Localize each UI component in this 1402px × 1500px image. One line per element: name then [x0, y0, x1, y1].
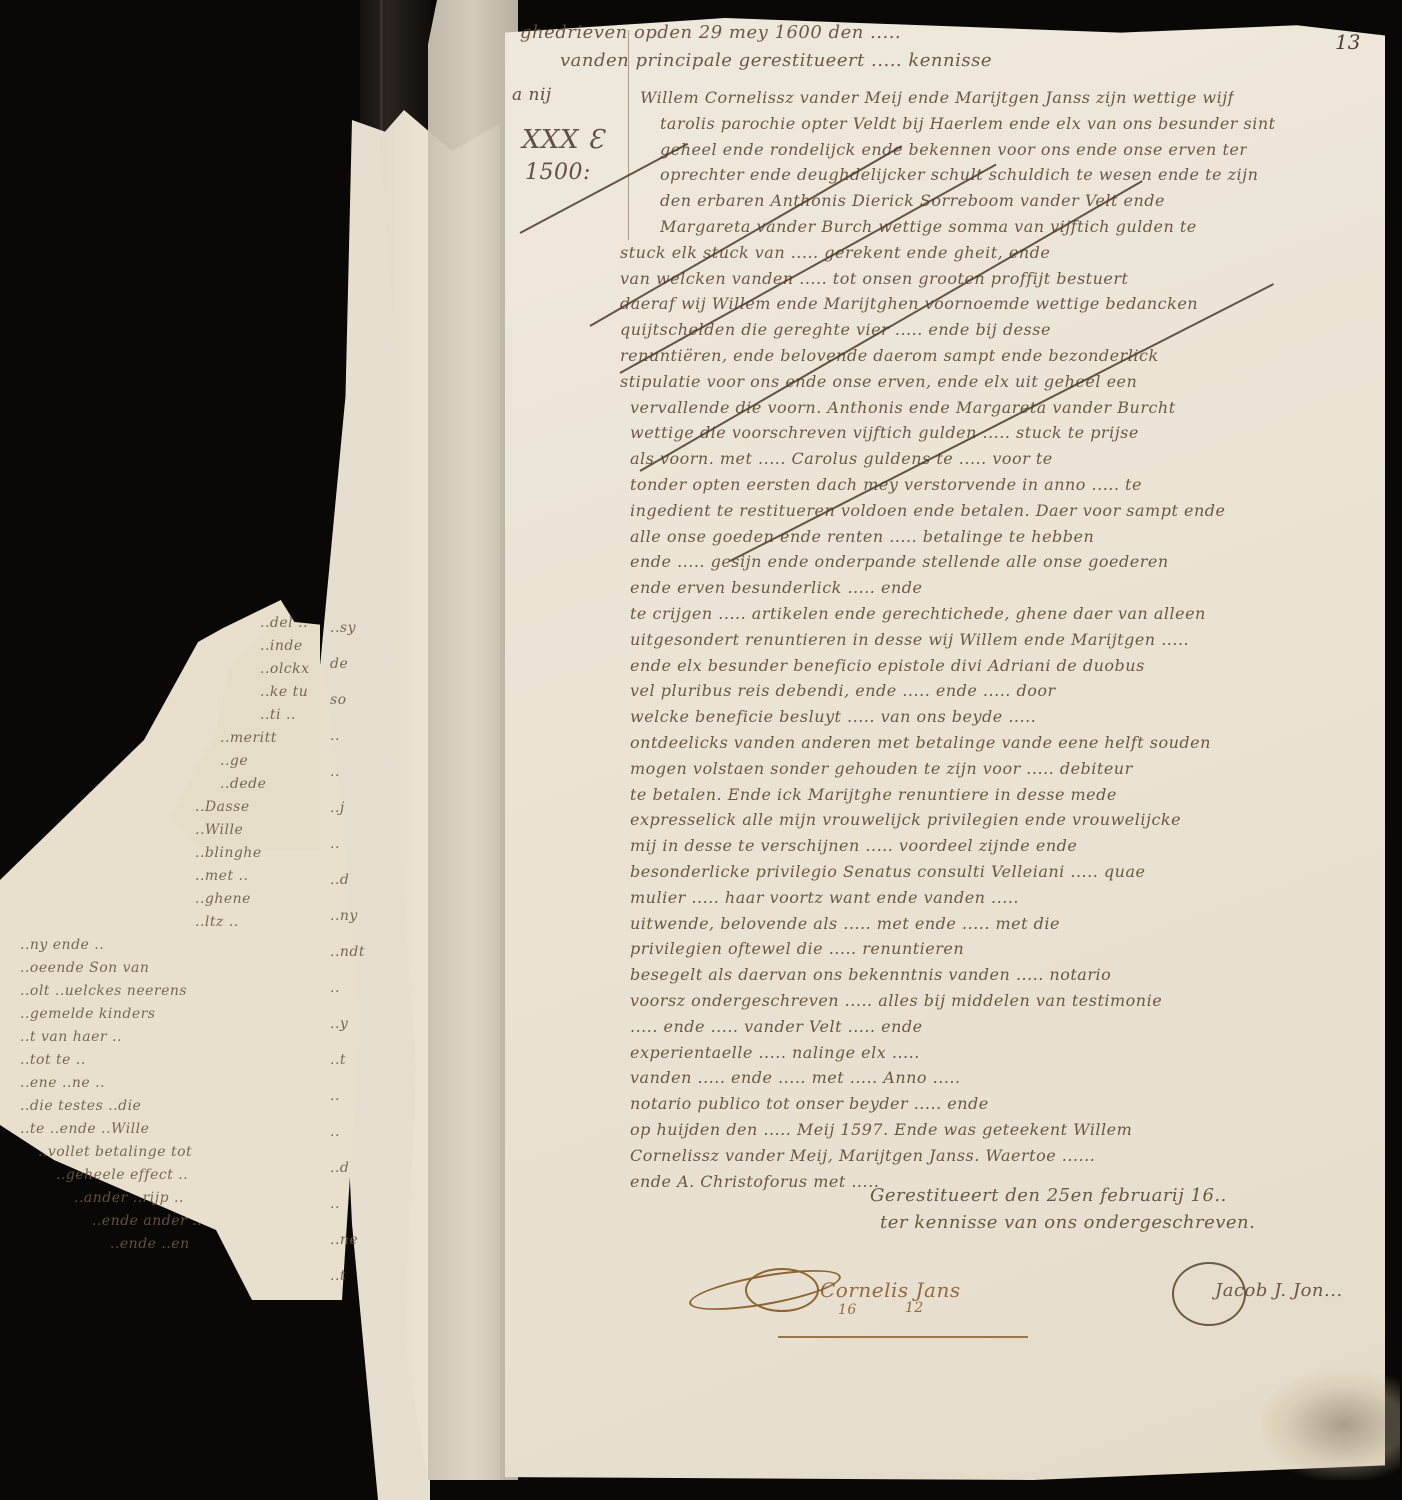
- manuscript-line: ende ..... gesijn ende onderpande stelle…: [630, 552, 1169, 571]
- manuscript-line: ende A. Christoforus met .....: [630, 1172, 879, 1191]
- fragment-line: ..tot te ..: [20, 1052, 86, 1068]
- fragment-line: ..ny ende ..: [20, 937, 104, 953]
- fragment-line: ..gemelde kinders: [20, 1006, 155, 1022]
- strip-word: ..: [330, 1088, 340, 1104]
- strip-word: ..: [330, 1196, 340, 1212]
- manuscript-line: vel pluribus reis debendi, ende ..... en…: [630, 681, 1056, 700]
- manuscript-line: voorsz ondergeschreven ..... alles bij m…: [630, 991, 1162, 1010]
- strip-word: ..: [330, 764, 340, 780]
- manuscript-line: tarolis parochie opter Veldt bij Haerlem…: [660, 114, 1276, 133]
- manuscript-line: experientaelle ..... nalinge elx .....: [630, 1043, 920, 1062]
- fragment-line: ..oeende Son van: [20, 960, 149, 976]
- manuscript-line: ende elx besunder beneficio epistole div…: [630, 656, 1145, 675]
- strip-word: ..j: [330, 800, 345, 816]
- manuscript-line: besegelt als daervan ons bekenntnis vand…: [630, 965, 1111, 984]
- manuscript-line: Willem Cornelissz vander Meij ende Marij…: [640, 88, 1234, 107]
- manuscript-line: ingedient te restitueren voldoen ende be…: [630, 501, 1225, 520]
- strip-word: ..d: [330, 1160, 349, 1176]
- manuscript-line: te betalen. Ende ick Marijtghe renuntier…: [630, 785, 1117, 804]
- water-stain: [1260, 1370, 1400, 1480]
- strip-word: ..: [330, 1124, 340, 1140]
- strip-word: ..ndt: [330, 944, 365, 960]
- fragment-line: ..t van haer ..: [20, 1029, 122, 1045]
- fragment-line: ..die testes ..die: [20, 1098, 141, 1114]
- manuscript-line: mij in desse te verschijnen ..... voorde…: [630, 836, 1077, 855]
- signature-left-name: Cornelis Jans: [820, 1278, 961, 1302]
- manuscript-line: welcke beneficie besluyt ..... van ons b…: [630, 707, 1036, 726]
- fragment-line: ..inde: [260, 638, 303, 654]
- manuscript-line: vanden ..... ende ..... met ..... Anno .…: [630, 1068, 961, 1087]
- manuscript-line: stipulatie voor ons ende onse erven, end…: [620, 372, 1137, 391]
- fragment-line: ..olckx: [260, 661, 310, 677]
- repair-tissue: [428, 0, 518, 1480]
- fragment-line: ..blinghe: [195, 845, 262, 861]
- header-line: vanden principale gerestitueert ..... ke…: [560, 50, 992, 71]
- fragment-line: ..Wille: [195, 822, 243, 838]
- manuscript-line: den erbaren Anthonis Dierick Sorreboom v…: [660, 191, 1165, 210]
- header-line: ghedrieven opden 29 mey 1600 den .....: [520, 22, 901, 43]
- strip-word: ..ne: [330, 1232, 358, 1248]
- fragment-line: ..ene ..ne ..: [20, 1075, 105, 1091]
- fragment-line: ..olt ..uelckes neerens: [20, 983, 187, 999]
- manuscript-line: mogen volstaen sonder gehouden te zijn v…: [630, 759, 1133, 778]
- fragment-line: ..meritt: [220, 730, 277, 746]
- manuscript-line: vervallende die voorn. Anthonis ende Mar…: [630, 398, 1176, 417]
- fragment-line: ..ke tu: [260, 684, 308, 700]
- manuscript-line: van welcken vanden ..... tot onsen groot…: [620, 269, 1128, 288]
- manuscript-line: op huijden den ..... Meij 1597. Ende was…: [630, 1120, 1132, 1139]
- fragment-line: ..ghene: [195, 891, 251, 907]
- fragment-line: ..geheele effect ..: [56, 1167, 188, 1183]
- manuscript-line: mulier ..... haar voortz want ende vande…: [630, 888, 1019, 907]
- manuscript-line: als voorn. met ..... Carolus guldens te …: [630, 449, 1053, 468]
- manuscript-line: ontdeelicks vanden anderen met betalinge…: [630, 733, 1211, 752]
- manuscript-line: besonderlicke privilegio Senatus consult…: [630, 862, 1145, 881]
- fragment-line: ..Dasse: [195, 799, 250, 815]
- strip-word: ..t: [330, 1052, 346, 1068]
- strip-word: ..d: [330, 872, 349, 888]
- manuscript-line: alle onse goeden ende renten ..... betal…: [630, 527, 1094, 546]
- fragment-line: ..vollet betalinge tot: [38, 1144, 192, 1160]
- manuscript-line: ..... ende ..... vander Velt ..... ende: [630, 1017, 923, 1036]
- strip-word: ..: [330, 728, 340, 744]
- signature-right-name: Jacob J. Jon...: [1215, 1280, 1343, 1301]
- strip-word: ..t: [330, 1268, 346, 1284]
- manuscript-line: Cornelissz vander Meij, Marijtgen Janss.…: [630, 1146, 1095, 1165]
- fragment-line: ..ltz ..: [195, 914, 239, 930]
- fragment-line: ..ti ..: [260, 707, 296, 723]
- closing-line: Gerestitueert den 25en februarij 16..: [870, 1185, 1227, 1206]
- signature-year-b: 12: [905, 1300, 924, 1316]
- fragment-line: ..del ..: [260, 615, 308, 631]
- manuscript-line: expresselick alle mijn vrouwelijck privi…: [630, 810, 1181, 829]
- strip-word: ..y: [330, 1016, 348, 1032]
- manuscript-line: daeraf wij Willem ende Marijtghen voorno…: [620, 294, 1198, 313]
- fragment-line: ..dede: [220, 776, 266, 792]
- strip-word: de: [330, 656, 348, 672]
- manuscript-line: oprechter ende deughdelijcker schult sch…: [660, 165, 1258, 184]
- strip-word: ..ny: [330, 908, 358, 924]
- manuscript-line: geheel ende rondelijck ende bekennen voo…: [660, 140, 1247, 159]
- strip-word: ..: [330, 980, 340, 996]
- manuscript-line: privilegien oftewel die ..... renuntiere…: [630, 939, 964, 958]
- manuscript-line: te crijgen ..... artikelen ende gerechti…: [630, 604, 1206, 623]
- folio-number: 13: [1335, 30, 1360, 54]
- fragment-line: ..ge: [220, 753, 248, 769]
- margin-note: a nij: [512, 85, 552, 105]
- manuscript-line: uitgesondert renuntieren in desse wij Wi…: [630, 630, 1189, 649]
- margin-note: XXX Ɛ: [522, 125, 605, 155]
- fragment-line: ..met ..: [195, 868, 248, 884]
- fragment-line: ..ende ..en: [110, 1236, 190, 1252]
- margin-note: 1500:: [525, 160, 591, 185]
- manuscript-line: ende erven besunderlick ..... ende: [630, 578, 922, 597]
- manuscript-line: renuntiëren, ende belovende daerom sampt…: [620, 346, 1159, 365]
- closing-line: ter kennisse van ons ondergeschreven.: [880, 1212, 1255, 1233]
- strip-word: ..sy: [330, 620, 356, 636]
- strip-word: ..: [330, 836, 340, 852]
- manuscript-line: tonder opten eersten dach mey verstorven…: [630, 475, 1142, 494]
- fragment-line: ..ander ..rijp ..: [74, 1190, 184, 1206]
- manuscript-line: uitwende, belovende als ..... met ende .…: [630, 914, 1060, 933]
- fragment-line: ..te ..ende ..Wille: [20, 1121, 149, 1137]
- signature-year-a: 16: [838, 1302, 857, 1318]
- strip-word: so: [330, 692, 347, 708]
- fragment-line: ..ende ander ..: [92, 1213, 202, 1229]
- manuscript-line: notario publico tot onser beyder ..... e…: [630, 1094, 989, 1113]
- manuscript-line: Margareta vander Burch wettige somma van…: [660, 217, 1197, 236]
